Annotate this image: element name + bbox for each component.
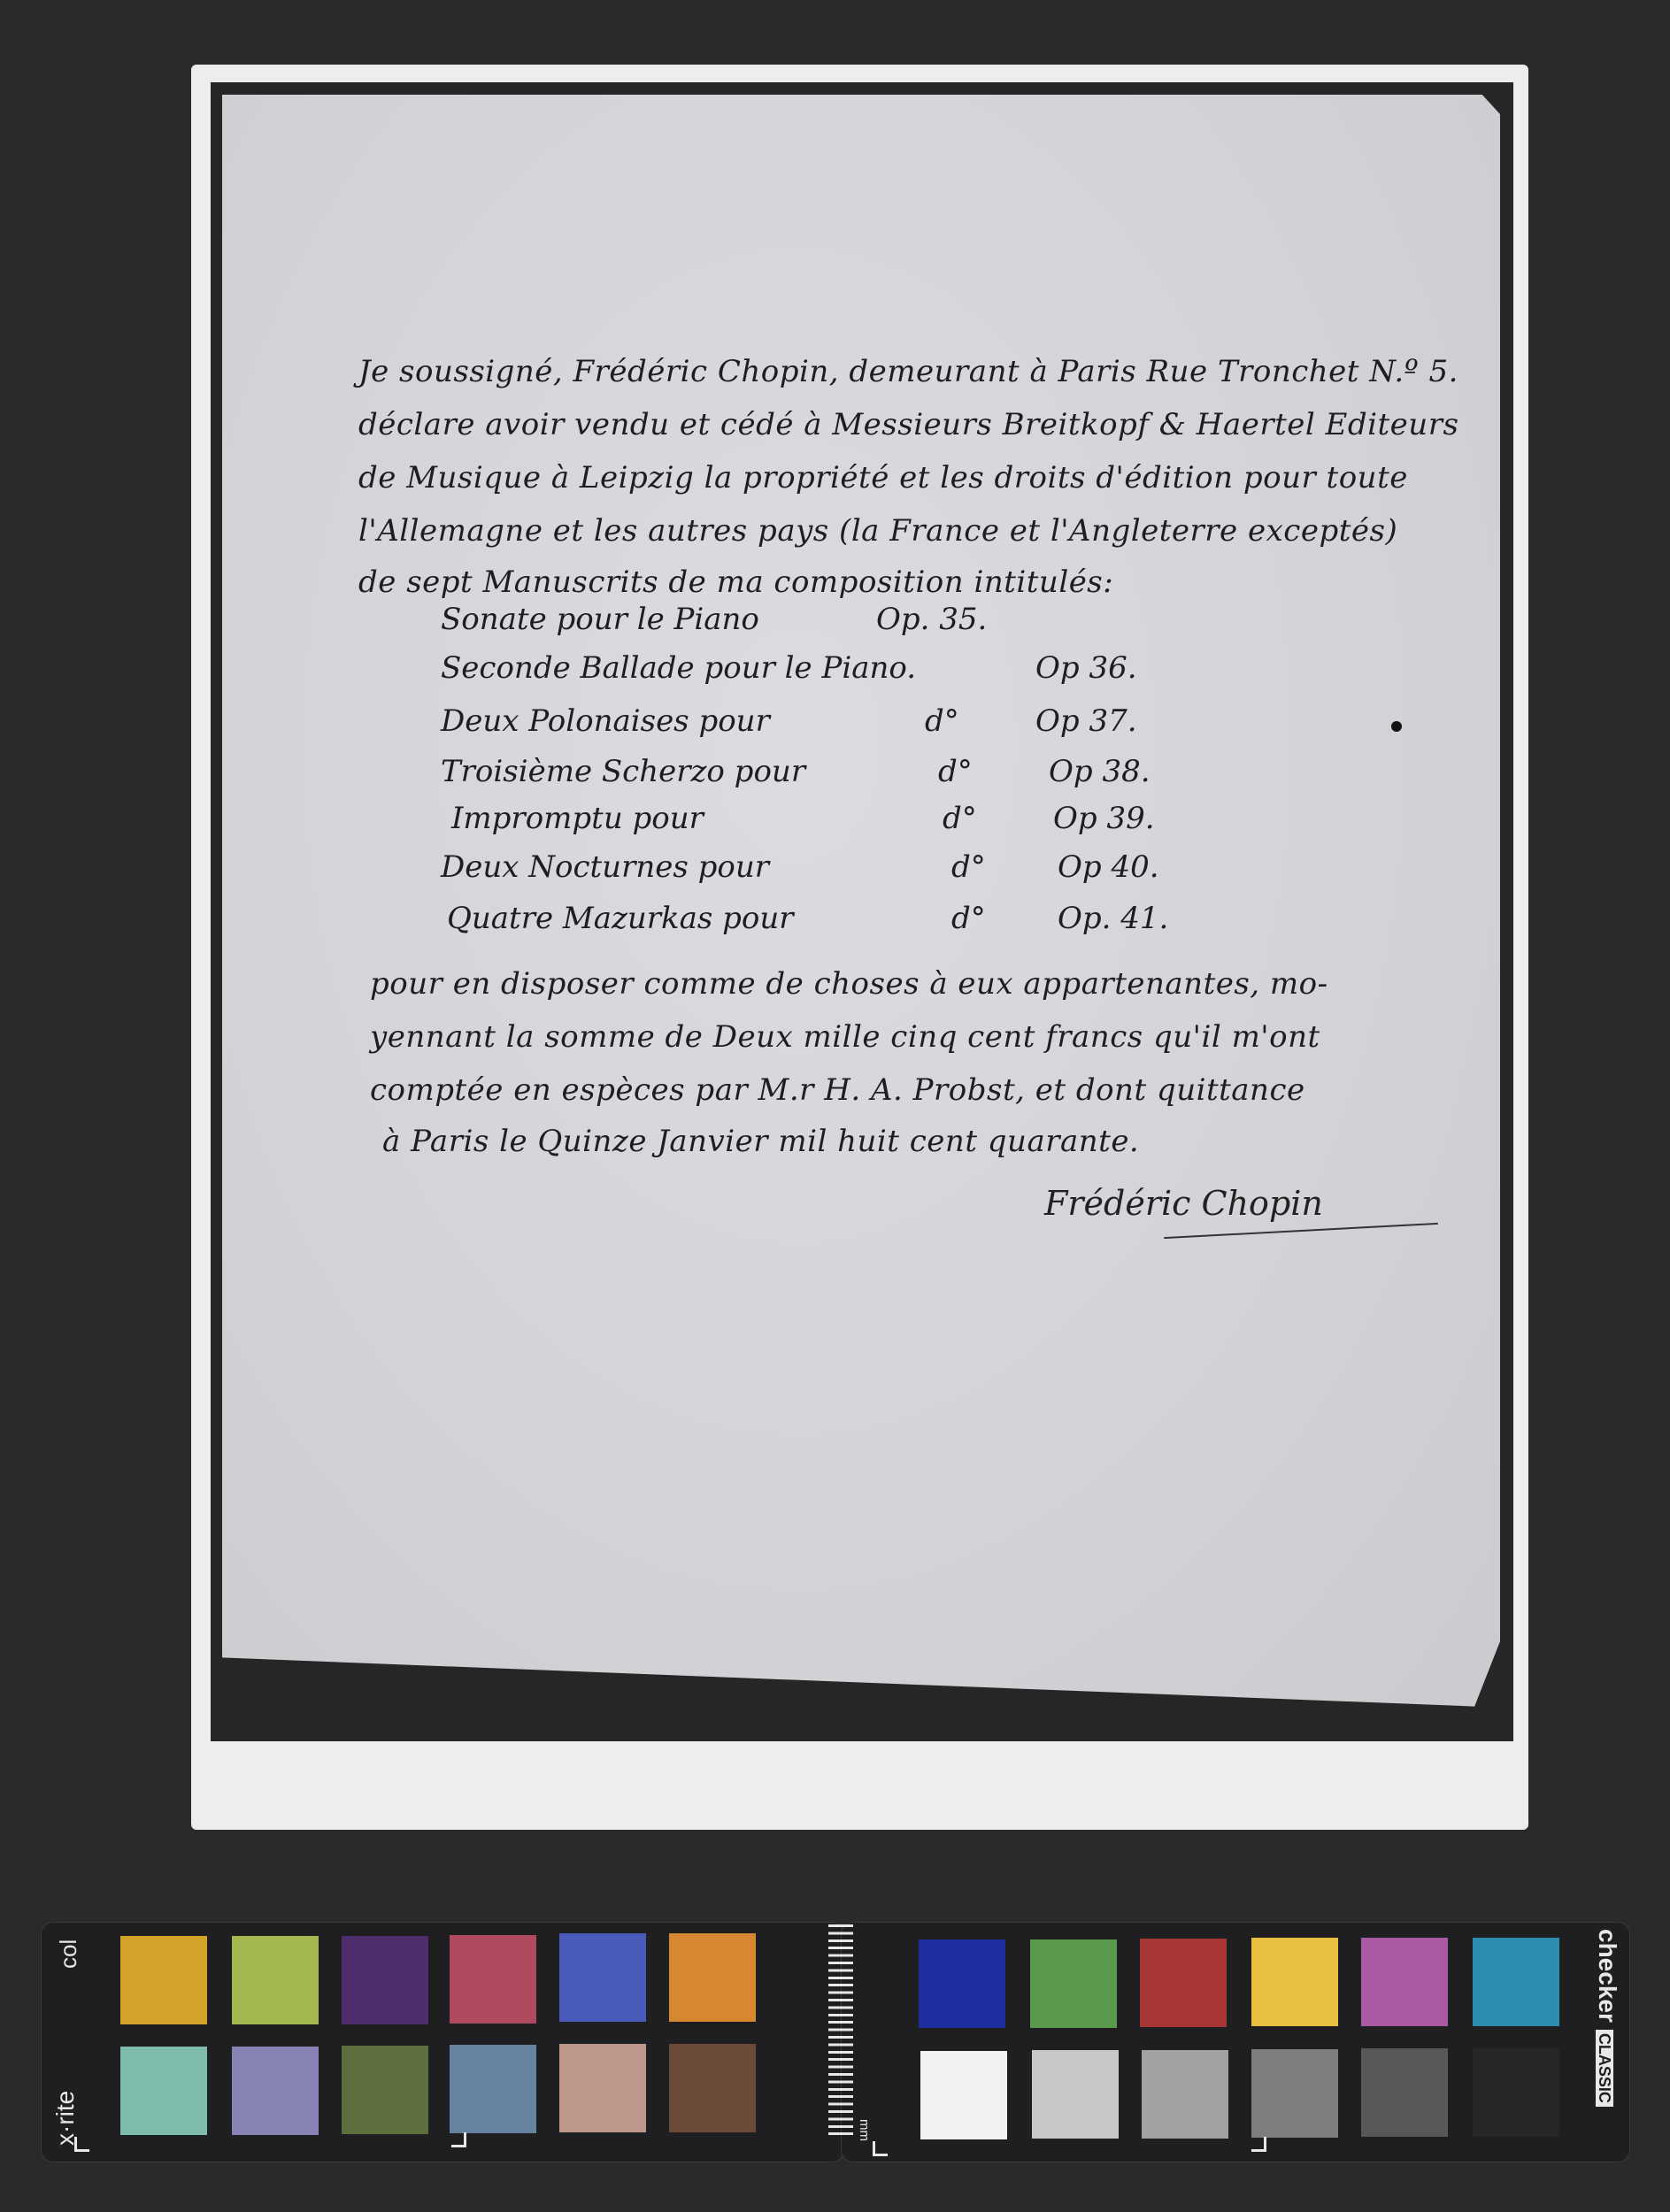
work-opus: Op. 41. — [1058, 901, 1168, 936]
patch-light-skin — [559, 2044, 646, 2132]
closing-line-3: comptée en espèces par M.r H. A. Probst,… — [370, 1072, 1305, 1108]
text-line-2: déclare avoir vendu et cédé à Messieurs … — [358, 407, 1458, 442]
work-opus: Op 38. — [1049, 754, 1151, 789]
ink-spot — [1391, 721, 1402, 732]
closing-line-4: à Paris le Quinze Janvier mil huit cent … — [382, 1124, 1139, 1159]
manuscript-page — [222, 95, 1500, 1723]
crop-mark-icon — [451, 2132, 466, 2147]
work-title: Troisième Scherzo pour — [441, 754, 805, 789]
patch-blue — [919, 1939, 1005, 2028]
work-title: Deux Polonaises pour — [441, 703, 770, 739]
work-ditto: d° — [925, 703, 959, 739]
patch-yellow-green — [232, 1936, 319, 2024]
patch-moderate-red — [450, 1935, 536, 2024]
work-opus: Op 40. — [1058, 849, 1159, 885]
patch-green — [1030, 1939, 1117, 2028]
patch-bluish-green — [120, 2047, 207, 2135]
work-opus: Op 39. — [1053, 801, 1155, 836]
patch-black — [1473, 2048, 1559, 2137]
work-ditto: d° — [943, 801, 977, 836]
work-ditto: d° — [938, 754, 973, 789]
work-title: Sonate pour le Piano — [441, 602, 759, 637]
work-title: Impromptu pour — [451, 801, 704, 836]
patch-neutral-6-5 — [1142, 2050, 1228, 2139]
text-line-4: l'Allemagne et les autres pays (la Franc… — [358, 513, 1397, 549]
work-title: Seconde Ballade pour le Piano. — [441, 650, 916, 686]
text-line-1: Je soussigné, Frédéric Chopin, demeurant… — [358, 354, 1458, 389]
crop-mark-icon — [74, 2137, 89, 2152]
patch-neutral-5 — [1251, 2049, 1338, 2138]
patch-red — [1140, 1939, 1227, 2027]
ruler-unit-label: mm — [857, 2119, 872, 2141]
patch-foliage — [342, 2046, 428, 2134]
checker-label-checker: checkerCLASSIC — [1593, 1929, 1621, 2107]
crop-mark-icon — [1251, 2137, 1266, 2152]
patch-blue-sky — [450, 2045, 536, 2133]
closing-line-1: pour en disposer comme de choses à eux a… — [370, 966, 1328, 1002]
closing-line-2: yennant la somme de Deux mille cinq cent… — [370, 1019, 1320, 1055]
patch-dark-skin — [669, 2044, 756, 2132]
crop-mark-icon — [873, 2141, 888, 2156]
patch-orange — [669, 1933, 756, 2022]
patch-magenta — [1361, 1938, 1448, 2026]
patch-purplish-blue — [559, 1933, 646, 2022]
classic-badge: CLASSIC — [1596, 2030, 1613, 2107]
work-ditto: d° — [951, 849, 986, 885]
work-title: Deux Nocturnes pour — [441, 849, 769, 885]
work-ditto: d° — [951, 901, 986, 936]
patch-neutral-8 — [1032, 2050, 1119, 2139]
signature: Frédéric Chopin — [1044, 1184, 1323, 1223]
text-line-5: de sept Manuscrits de ma composition int… — [358, 565, 1113, 600]
mm-ruler — [814, 1924, 867, 2137]
work-opus: Op 36. — [1035, 650, 1137, 686]
work-title: Quatre Mazurkas pour — [447, 901, 794, 936]
work-opus: Op. 35. — [876, 602, 987, 637]
checker-label-col: col — [55, 1939, 82, 1969]
patch-neutral-3-5 — [1361, 2048, 1448, 2137]
checker-wordmark: checker — [1594, 1929, 1621, 2023]
work-opus: Op 37. — [1035, 703, 1137, 739]
patch-blue-flower — [232, 2047, 319, 2135]
patch-yellow — [1251, 1938, 1338, 2026]
patch-orange-yellow — [120, 1936, 207, 2024]
patch-white — [920, 2051, 1007, 2139]
patch-cyan — [1473, 1938, 1559, 2026]
patch-purple — [342, 1936, 428, 2024]
text-line-3: de Musique à Leipzig la propriété et les… — [358, 460, 1408, 495]
